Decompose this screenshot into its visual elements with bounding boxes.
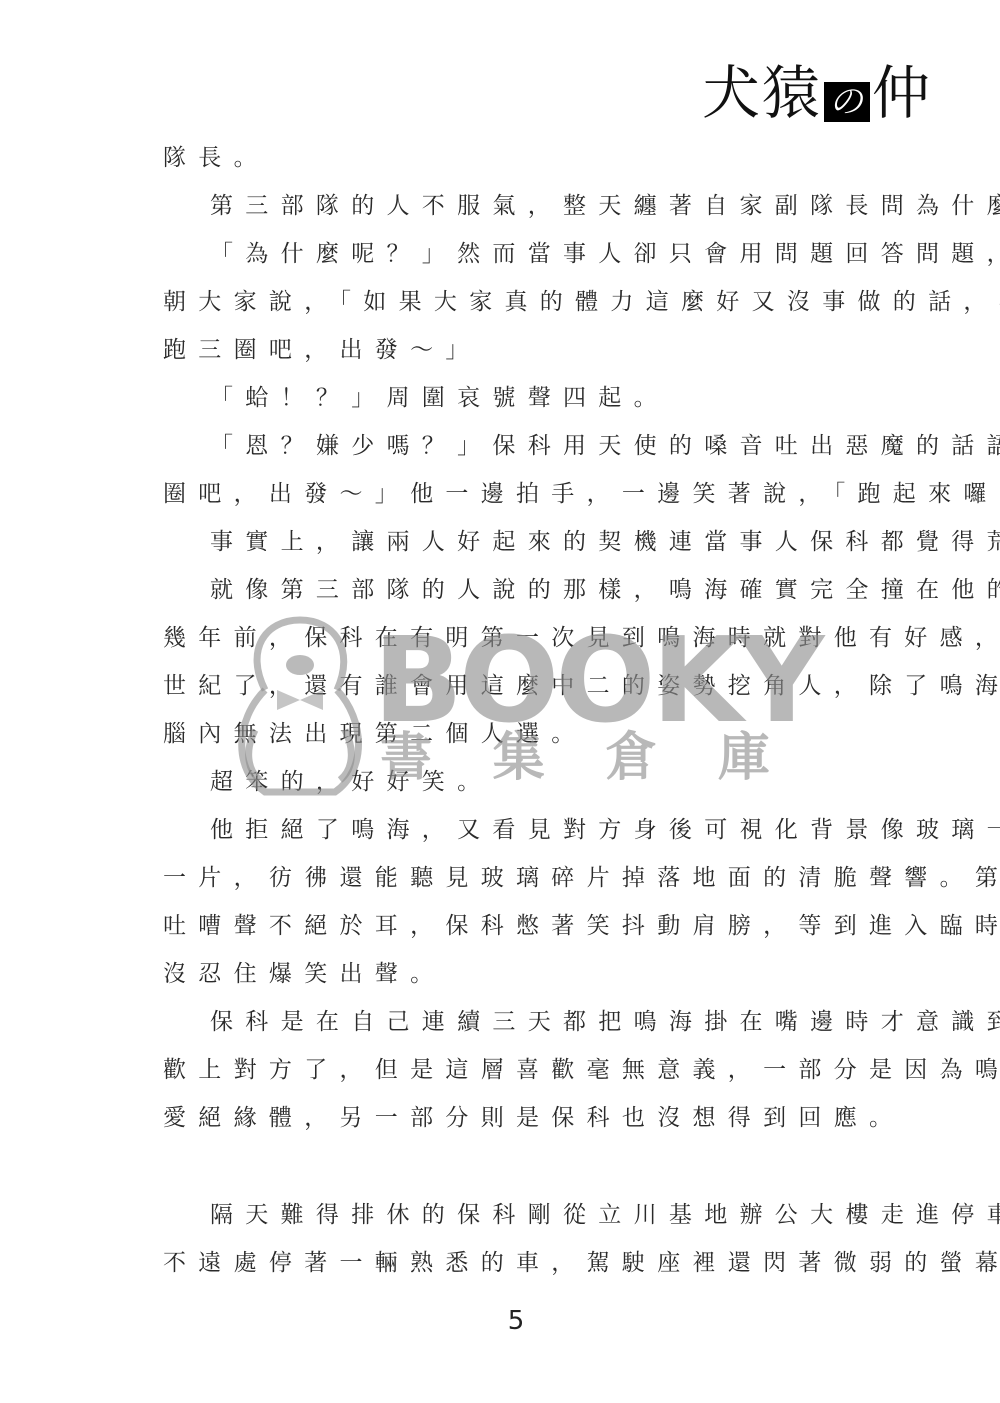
text-line: 腦內無法出現第二個人選。 <box>163 710 875 758</box>
text-line: 吐嘈聲不絕於耳，保科憋著笑抖動肩膀，等到進入臨時宿舍關上門才 <box>163 902 875 950</box>
text-line: 第三部隊的人不服氣，整天纏著自家副隊長問為什麼。 <box>163 182 875 230</box>
text-line: 跑三圈吧，出發～」 <box>163 326 875 374</box>
book-page: 犬猿の仲 隊長。第三部隊的人不服氣，整天纏著自家副隊長問為什麼。「為什麼呢？」然… <box>0 0 1000 1403</box>
text-line: 愛絕緣體，另一部分則是保科也沒想得到回應。 <box>163 1094 875 1142</box>
text-line: 沒忍住爆笑出聲。 <box>163 950 875 998</box>
text-line: 隊長。 <box>163 134 875 182</box>
title-no-badge: の <box>824 82 870 122</box>
page-number: 5 <box>0 1306 1000 1336</box>
text-line: 保科是在自己連續三天都把鳴海掛在嘴邊時才意識到自己似乎喜 <box>163 998 875 1046</box>
text-line: 隔天難得排休的保科剛從立川基地辦公大樓走進停車場，就見到 <box>163 1191 875 1239</box>
text-line: 「為什麼呢？」然而當事人卻只會用問題回答問題，接著用笑容 <box>163 230 875 278</box>
text-line: 他拒絕了鳴海，又看見對方身後可視化背景像玻璃一樣碎成一片 <box>163 806 875 854</box>
text-line: 不遠處停著一輛熟悉的車，駕駛座裡還閃著微弱的螢幕光。他揚了揚 <box>163 1239 875 1287</box>
text-line: 幾年前，保科在有明第一次見到鳴海時就對他有好感，都已經二十一 <box>163 614 875 662</box>
text-line: 世紀了，還有誰會用這麼中二的姿勢挖角人，除了鳴海弦之外，保科 <box>163 662 875 710</box>
title-part-1: 犬猿 <box>702 58 822 128</box>
text-line: 一片，彷彿還能聽見玻璃碎片掉落地面的清脆聲響。第一部隊成員的 <box>163 854 875 902</box>
text-line: 就像第三部隊的人說的那樣，鳴海確實完全撞在他的審美觀上。 <box>163 566 875 614</box>
title-part-2: 仲 <box>872 58 932 128</box>
text-line: 「恩？嫌少嗎？」保科用天使的嗓音吐出惡魔的話語，「那就六 <box>163 422 875 470</box>
text-line: 「蛤！？」周圍哀號聲四起。 <box>163 374 875 422</box>
running-header-title: 犬猿の仲 <box>702 58 932 128</box>
text-line: 事實上，讓兩人好起來的契機連當事人保科都覺得荒謬至極。 <box>163 518 875 566</box>
text-line: 圈吧，出發～」他一邊拍手，一邊笑著說，「跑起來囉～」 <box>163 470 875 518</box>
text-line: 超笨的，好好笑。 <box>163 758 875 806</box>
text-line: 歡上對方了，但是這層喜歡毫無意義，一部分是因為鳴海大概是個戀 <box>163 1046 875 1094</box>
blank-line <box>163 1142 875 1191</box>
text-line: 朝大家說，「如果大家真的體力這麼好又沒事做的話，不如再繞基地 <box>163 278 875 326</box>
body-text: 隊長。第三部隊的人不服氣，整天纏著自家副隊長問為什麼。「為什麼呢？」然而當事人卻… <box>163 134 875 1287</box>
